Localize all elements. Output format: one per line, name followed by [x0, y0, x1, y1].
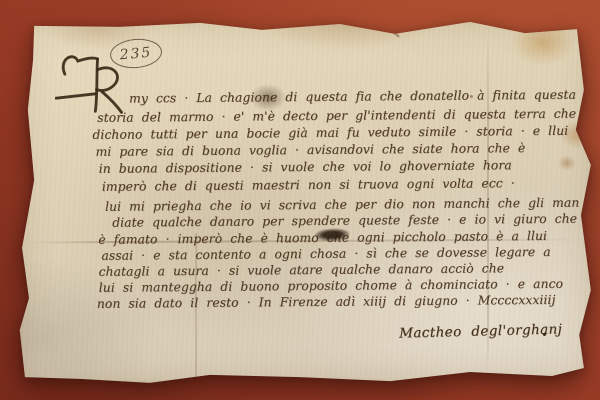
- manuscript-line: assai · e sta contento a ogni chosa · sì…: [101, 245, 550, 263]
- manuscript-line: in buona dispositione · si vuole che voi…: [99, 158, 512, 176]
- photo-background: 235 R my ccs · La chagione di questa fia…: [0, 0, 600, 400]
- manuscript-line: my ccs · La chagione di questa fia che d…: [129, 87, 596, 105]
- manuscript-line: storia del marmo · e' m'è decto per gl'i…: [97, 107, 576, 125]
- manuscript-paper: 235 R my ccs · La chagione di questa fia…: [18, 20, 596, 384]
- manuscript-line: lui mi priegha che io vi scriva che per …: [105, 196, 579, 214]
- manuscript-line: imperò che di questi maestri non si truo…: [102, 176, 515, 194]
- manuscript-line: dichono tutti per una bocie già mai fu v…: [92, 124, 568, 142]
- letter-text-block: my ccs · La chagione di questa fia che d…: [16, 17, 597, 386]
- manuscript-line: diate qualche danaro per spendere queste…: [112, 212, 577, 230]
- signature: Mactheo degl'orghanj: [399, 321, 562, 341]
- manuscript-line: chatagli a usura · si vuole atare qualch…: [99, 261, 505, 279]
- manuscript-line: lui si manteggha di buono proposito chom…: [99, 277, 563, 295]
- manuscript-paper-wrapper: 235 R my ccs · La chagione di questa fia…: [18, 20, 596, 384]
- manuscript-line: non sia dato il resto · In Firenze adì x…: [97, 293, 556, 311]
- manuscript-line: mi pare sia di buona voglia · avisandovi…: [95, 141, 525, 159]
